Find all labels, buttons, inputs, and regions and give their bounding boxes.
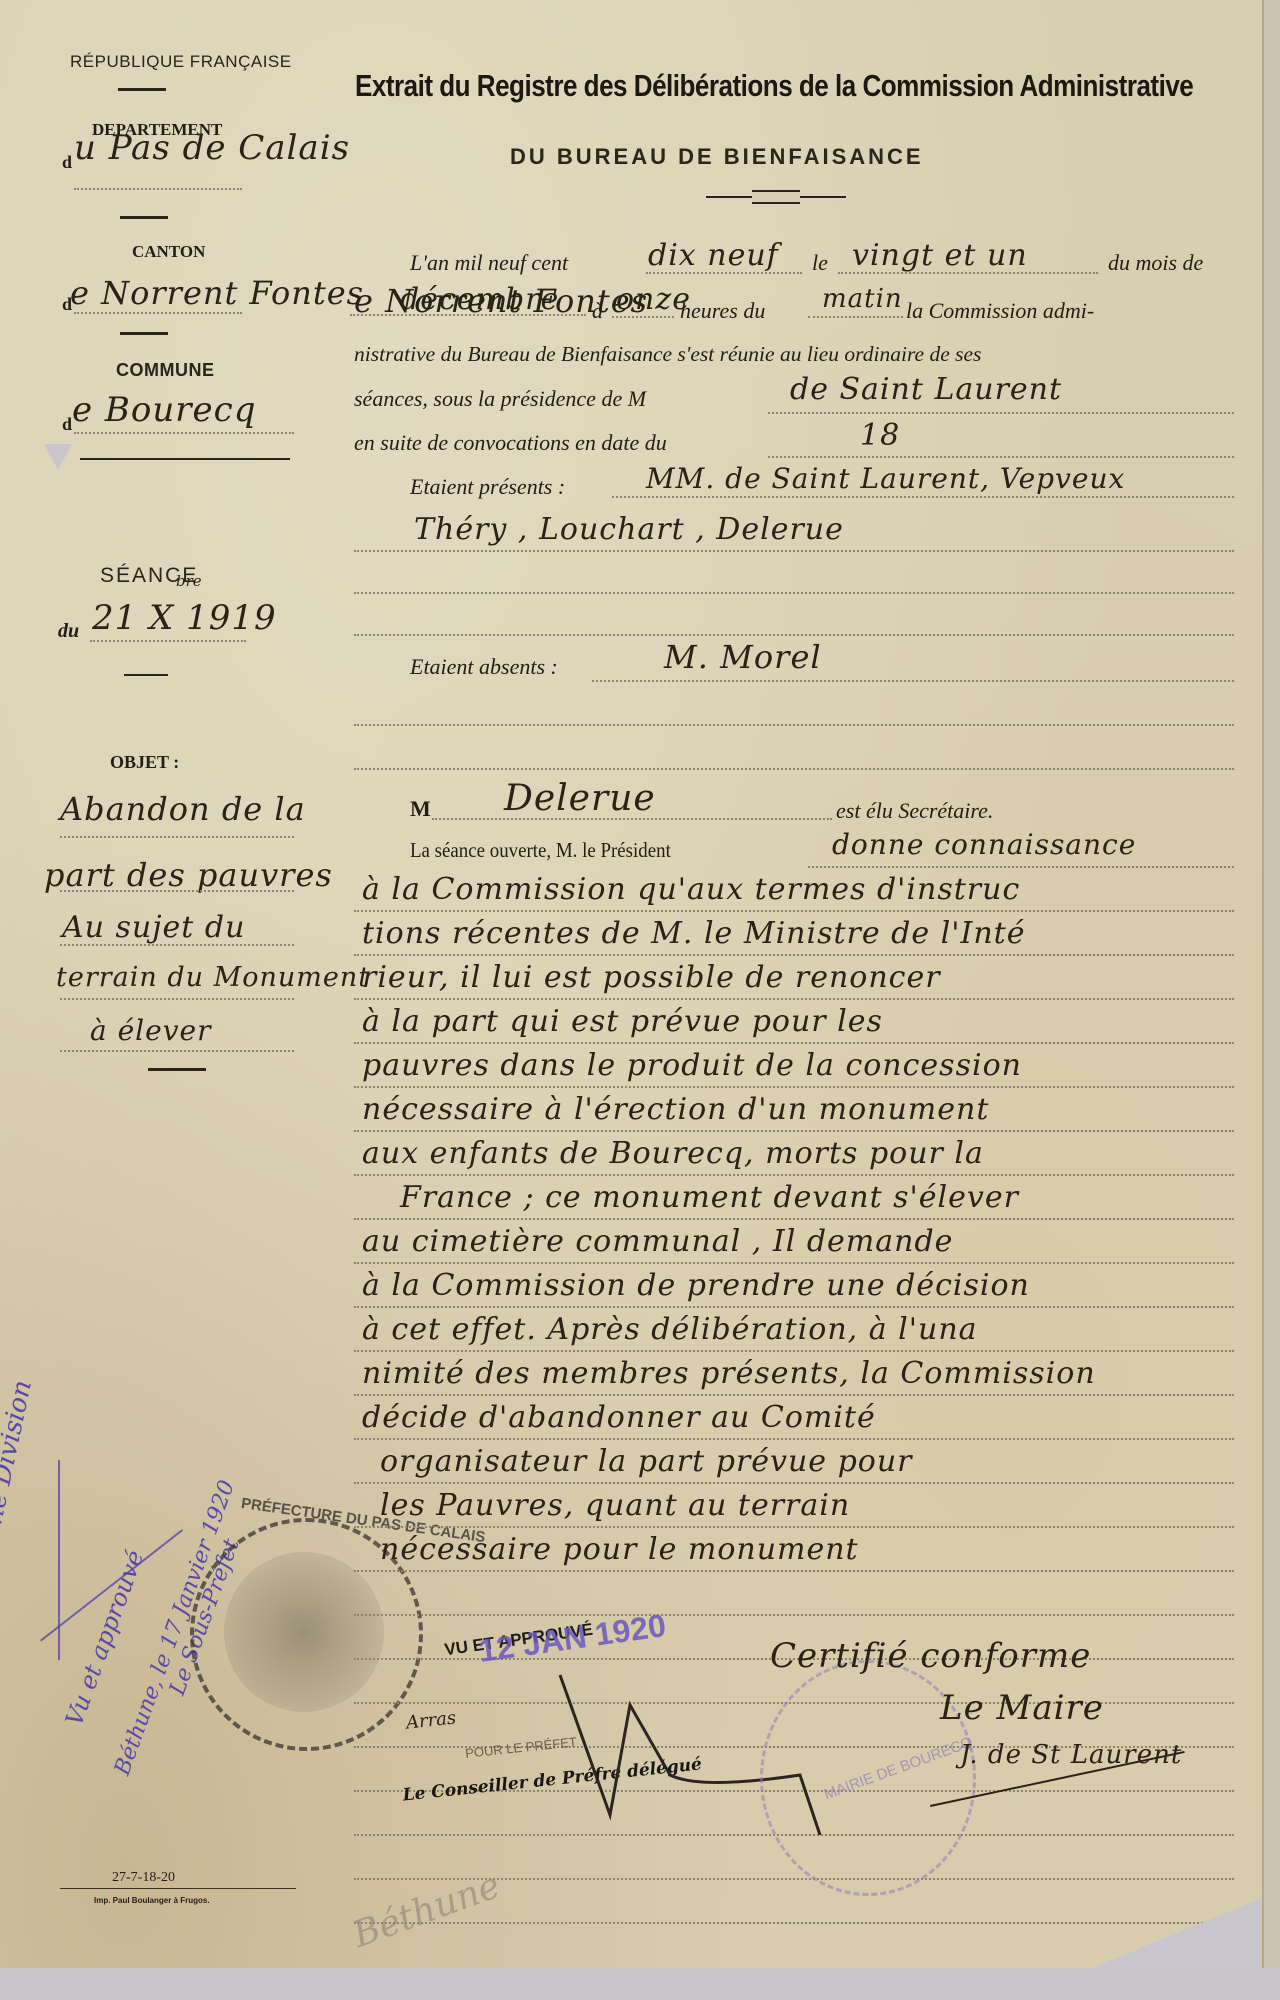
presents-label: Etaient présents : [410, 474, 565, 500]
minutes-line: au cimetière communal , Il demande [362, 1224, 953, 1259]
form-line [354, 998, 1234, 1000]
minutes-line: rieur, il lui est possible de renoncer [362, 960, 941, 995]
minutes-line: pauvres dans le produit de la concession [362, 1048, 1022, 1083]
form-line [354, 768, 1234, 770]
form-line [354, 1262, 1234, 1264]
intro-a: à [592, 298, 603, 324]
commune-label: COMMUNE [116, 360, 215, 381]
intro-prefix: L'an mil neuf cent [410, 250, 568, 276]
minutes-line: nimité des membres présents, la Commissi… [362, 1356, 1096, 1391]
commune-underline [74, 432, 294, 434]
commune-value: e Bourecq [72, 390, 256, 430]
minutes-line: décide d'abandonner au Comité [362, 1400, 876, 1435]
intro-commission: la Commission admi- [906, 298, 1094, 324]
period-underline [808, 316, 903, 318]
form-line [354, 1614, 1234, 1616]
print-code: 27-7-18-20 [112, 1870, 175, 1886]
minutes-line: donne connaissance [832, 828, 1136, 861]
margin-note-rule [58, 1460, 60, 1660]
republic-label: RÉPUBLIQUE FRANÇAISE [70, 52, 292, 72]
hour-underline [612, 316, 674, 318]
form-line [354, 1526, 1234, 1528]
seance-prefix: du [58, 620, 79, 643]
intro-year: dix neuf [648, 238, 779, 273]
divider [120, 216, 168, 219]
footer-rule [60, 1888, 296, 1889]
presents-underline [612, 496, 1234, 498]
convocation-date: 18 [860, 418, 900, 453]
prefecture-stamp-emblem [224, 1552, 384, 1712]
president-underline [768, 412, 1234, 414]
opening-prefix: La séance ouverte, M. le Président [410, 838, 671, 863]
canton-value: e Norrent Fontes [70, 274, 364, 312]
divider [118, 88, 166, 91]
form-line [354, 592, 1234, 594]
president-name: de Saint Laurent [790, 372, 1062, 407]
objet-underline [60, 890, 294, 892]
divider-flourish [80, 458, 290, 460]
month-underline [350, 314, 586, 316]
minutes-line: à la Commission de prendre une décision [362, 1268, 1030, 1303]
objet-line: Abandon de la [60, 790, 306, 828]
presidence-prefix: séances, sous la présidence de M [354, 386, 646, 412]
form-line [354, 1218, 1234, 1220]
secretary-prefix: M [410, 796, 431, 822]
minutes-line: organisateur la part prévue pour [380, 1444, 913, 1479]
objet-line: à élever [90, 1014, 211, 1047]
intro-period: matin [822, 284, 903, 314]
document-subtitle: DU BUREAU DE BIENFAISANCE [510, 144, 924, 170]
form-line [808, 866, 1234, 868]
canton-label: CANTON [132, 242, 205, 262]
absents-value: M. Morel [664, 638, 822, 676]
mayor-title: Le Maire [940, 1688, 1104, 1728]
form-line [354, 1086, 1234, 1088]
day-underline [838, 272, 1098, 274]
certified-text: Certifié conforme [770, 1636, 1091, 1676]
objet-underline [60, 1050, 294, 1052]
objet-label: OBJET : [110, 752, 179, 773]
printer-credit: Imp. Paul Boulanger à Frugos. [94, 1896, 210, 1905]
objet-underline [60, 944, 294, 946]
folded-corner [1092, 1898, 1262, 1968]
divider [120, 332, 168, 335]
objet-underline [60, 998, 294, 1000]
convocation-underline [768, 456, 1234, 458]
form-line [354, 1130, 1234, 1132]
seance-superscript: bre [176, 572, 202, 590]
presents-line1: MM. de Saint Laurent, Vepveux [646, 462, 1125, 495]
commune-prefix: d [62, 414, 72, 435]
form-line [354, 910, 1234, 912]
secretary-underline [432, 818, 832, 820]
form-line [354, 1174, 1234, 1176]
divider [124, 674, 168, 676]
margin-note-division: 2ème Division [0, 1378, 38, 1567]
form-line [354, 1438, 1234, 1440]
absents-label: Etaient absents : [410, 654, 558, 680]
objet-line: Au sujet du [62, 910, 245, 945]
convocation-prefix: en suite de convocations en date du [354, 430, 667, 456]
minutes-line: nécessaire à l'érection d'un monument [362, 1092, 989, 1127]
seance-underline [90, 640, 246, 642]
year-underline [646, 272, 802, 274]
paper-tear [44, 444, 72, 470]
objet-line: part des pauvres [44, 856, 333, 894]
objet-underline [60, 836, 294, 838]
departement-underline [74, 188, 242, 190]
approval-place: Arras [405, 1707, 457, 1733]
form-line [354, 1570, 1234, 1572]
scan-background [0, 1968, 1280, 2000]
minutes-line: à la Commission qu'aux termes d'instruc [362, 872, 1020, 907]
form-line [354, 1350, 1234, 1352]
mayor-signature: J. de St Laurent [960, 1740, 1182, 1770]
intro-heures: heures du [680, 298, 765, 324]
minutes-line: aux enfants de Bourecq, morts pour la [362, 1136, 984, 1171]
presents-line2: Théry , Louchart , Delerue [414, 512, 844, 547]
minutes-line: à la part qui est prévue pour les [362, 1004, 883, 1039]
intro-day: vingt et un [852, 238, 1028, 273]
intro-le: le [812, 250, 828, 276]
header-ornament-center [752, 190, 800, 204]
departement-prefix: d [62, 152, 72, 173]
form-line [354, 1482, 1234, 1484]
secretary-name: Delerue [504, 778, 656, 819]
minutes-line: à cet effet. Après délibération, à l'una [362, 1312, 978, 1347]
document-page: RÉPUBLIQUE FRANÇAISE DEPARTEMENT d u Pas… [0, 0, 1264, 1968]
form-line [354, 1306, 1234, 1308]
departement-value: u Pas de Calais [74, 128, 350, 168]
form-line [354, 1042, 1234, 1044]
divider [148, 1068, 206, 1071]
form-line [354, 724, 1234, 726]
form-line [354, 550, 1234, 552]
approval-date-stamp: 12 JAN 1920 [476, 1607, 668, 1670]
intro-line3: nistrative du Bureau de Bienfaisance s'e… [354, 342, 981, 367]
form-line [354, 954, 1234, 956]
absents-underline [592, 680, 1234, 682]
secretary-suffix: est élu Secrétaire. [836, 798, 993, 824]
canton-underline [74, 312, 242, 314]
document-title: Extrait du Registre des Délibérations de… [355, 68, 1193, 104]
intro-month: décembre [400, 282, 559, 317]
form-line [354, 634, 1234, 636]
minutes-line: France ; ce monument devant s'élever [400, 1180, 1019, 1215]
seance-date: 21 X 1919 [92, 598, 277, 638]
minutes-line: tions récentes de M. le Ministre de l'In… [362, 916, 1025, 951]
intro-suffix: du mois de [1108, 250, 1203, 276]
minutes-line: nécessaire pour le monument [380, 1532, 859, 1567]
objet-line: terrain du Monument [56, 962, 370, 993]
form-line [354, 1394, 1234, 1396]
minutes-line: les Pauvres, quant au terrain [380, 1488, 850, 1523]
